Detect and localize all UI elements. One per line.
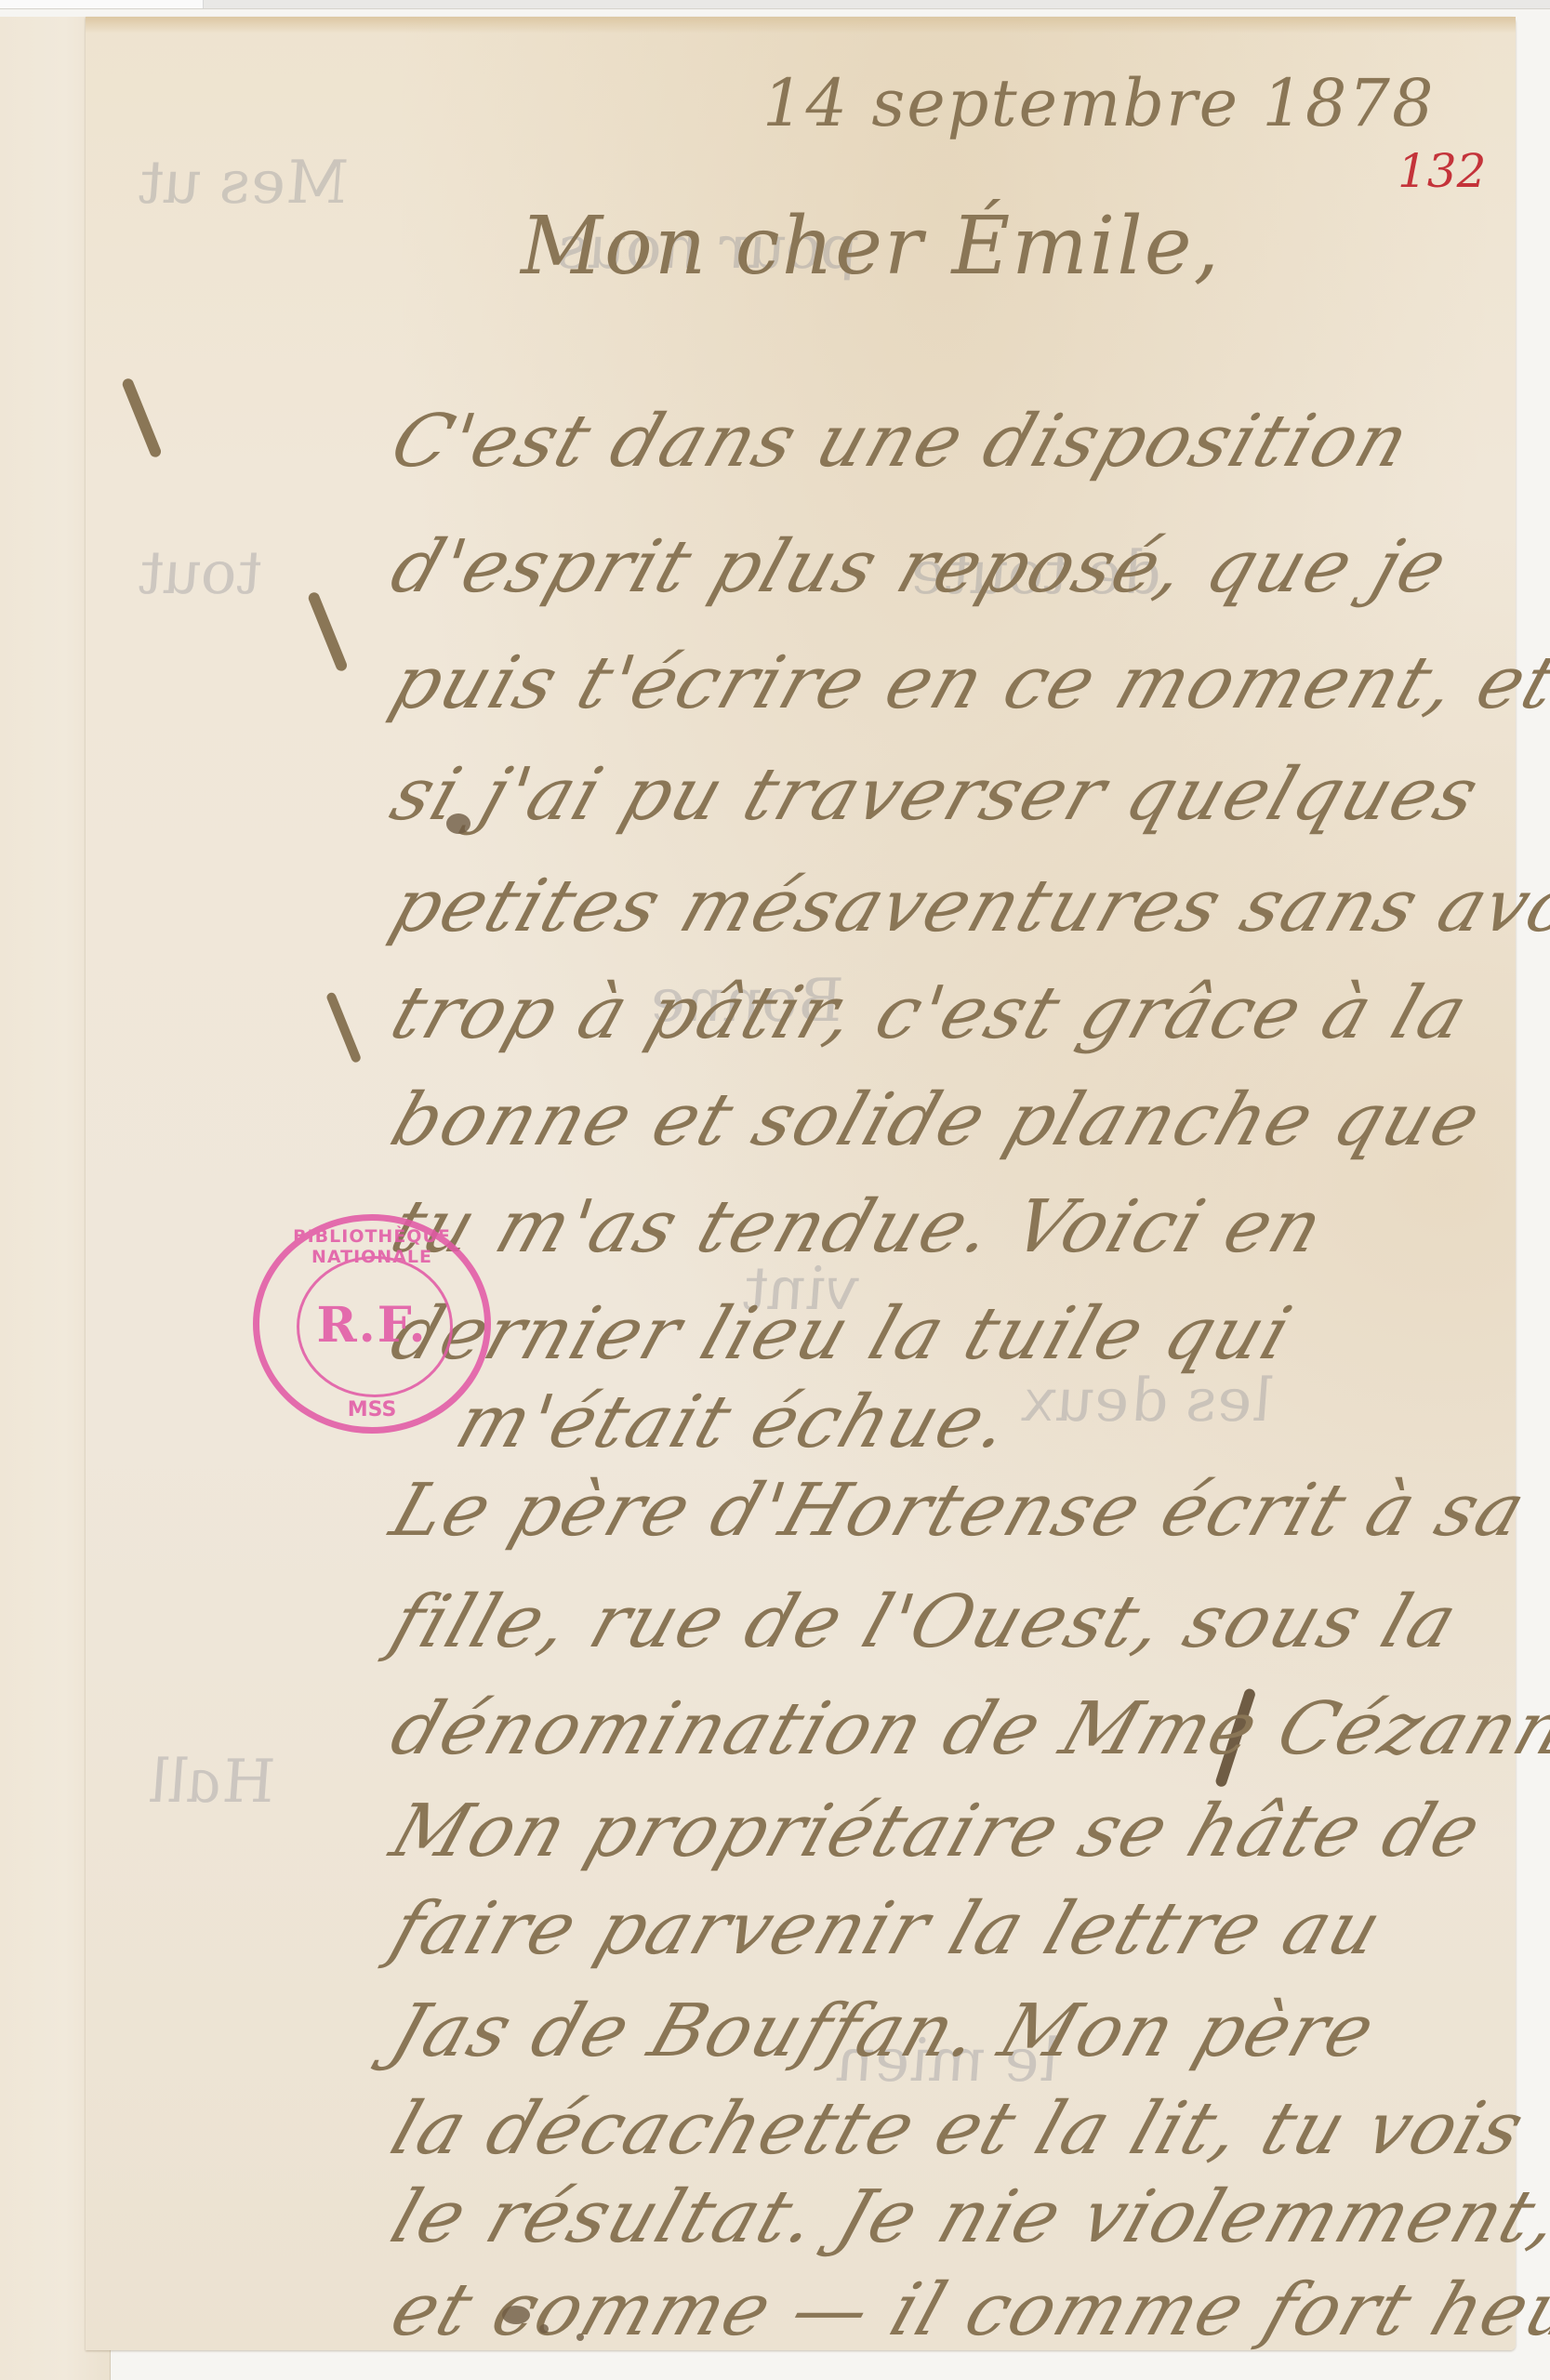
letter-line: le résultat. Je nie violemment, (381, 2175, 1550, 2259)
page-top-edge (86, 17, 1516, 33)
bleed-through-text: tout (130, 539, 271, 608)
letter-line: tu m'as tendue. Voici en (381, 1185, 1334, 1269)
letter-line: trop à pâtir, c'est grâce à la (381, 972, 1478, 1055)
letter-line: et comme — il comme fort heur- (381, 2268, 1550, 2352)
letter-line: faire parvenir la lettre au (381, 1887, 1393, 1971)
letter-date: 14 septembre 1878 (762, 65, 1436, 141)
stamp-bottom-text: MSS (259, 1398, 484, 1421)
bleed-through-text: Hall (139, 1748, 284, 1817)
letter-line: Le père d'Hortense écrit à sa (381, 1469, 1537, 1553)
letter-line: la décachette et la lit, tu vois (381, 2087, 1535, 2171)
letter-line: puis t'écrire en ce moment, et (381, 641, 1550, 725)
stamp-center-text: R.F. (259, 1297, 484, 1354)
bleed-through-text: Mes ut (130, 149, 356, 218)
letter-greeting: Mon cher Émile, (521, 200, 1221, 293)
ink-blot (446, 813, 470, 834)
letter-line: fille, rue de l'Ouest, sous la (381, 1580, 1468, 1664)
letter-line: d'esprit plus reposé, que je (381, 525, 1459, 609)
library-stamp: BIBLIOTHÈQUE NATIONALE R.F. MSS (253, 1214, 491, 1434)
letter-line: Jas de Bouffan. Mon père (381, 1990, 1386, 2073)
ink-blot (576, 2334, 584, 2341)
letter-line: dénomination de Mme Cézanne. (381, 1687, 1550, 1771)
letter-line: m'était échue. (446, 1381, 1022, 1464)
toolbar-segment (0, 0, 204, 8)
letter-line: si j'ai pu traverser quelques (381, 753, 1490, 837)
letter-line: bonne et solide planche que (381, 1078, 1491, 1162)
viewer-toolbar (0, 0, 1550, 9)
ink-blot (502, 2306, 530, 2324)
ink-blot (539, 2324, 549, 2334)
letter-line: C'est dans une disposition (381, 400, 1421, 483)
letter-line: Mon propriétaire se hâte de (381, 1790, 1492, 1873)
letter-line: dernier lieu la tuile qui (381, 1292, 1303, 1376)
letter-line: petites mésaventures sans avoir (381, 865, 1550, 948)
bleed-through-text: les deux (1013, 1367, 1281, 1435)
folio-number: 132 (1398, 144, 1486, 198)
